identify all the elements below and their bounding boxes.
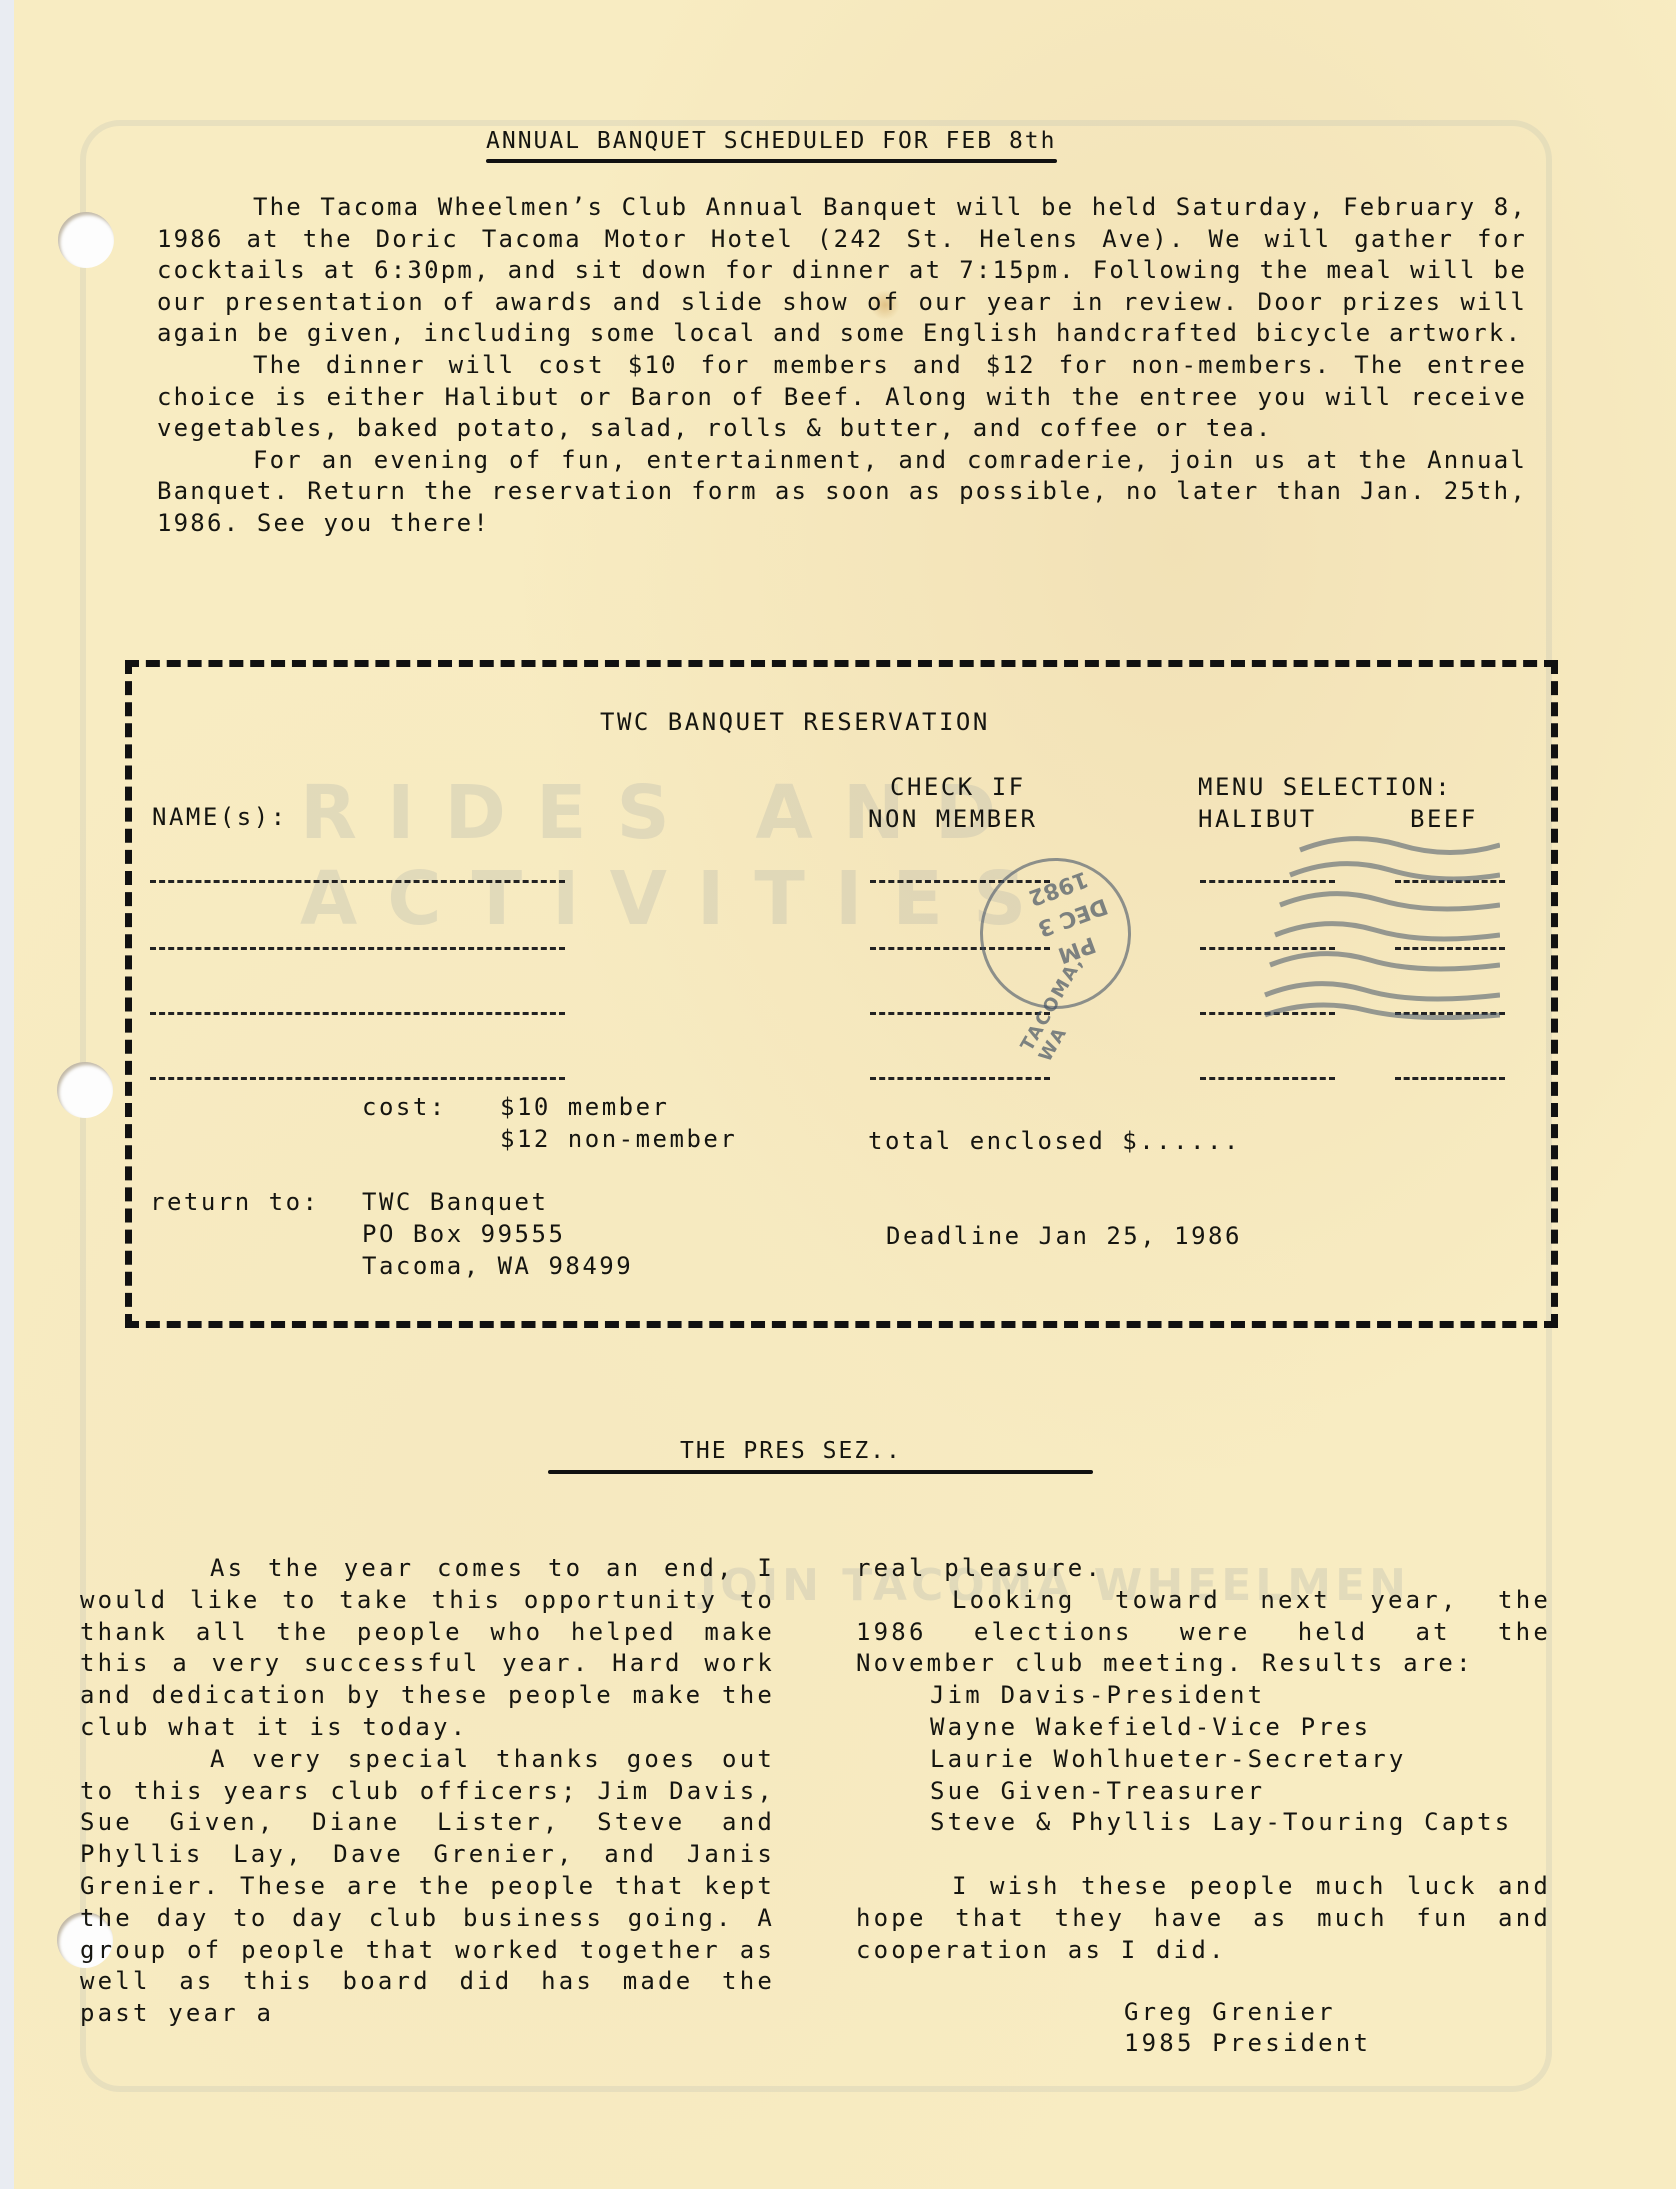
return-address-line: PO Box 99555 — [362, 1220, 565, 1248]
name-entry-line[interactable] — [150, 1077, 565, 1080]
halibut-check-line[interactable] — [1200, 1077, 1335, 1080]
total-enclosed-field[interactable]: total enclosed $...... — [868, 1127, 1241, 1155]
signature-name: Greg Grenier — [856, 1997, 1551, 2029]
pres-sez-right-column: real pleasure. Looking toward next year,… — [856, 1553, 1551, 2060]
return-address-line: Tacoma, WA 98499 — [362, 1252, 633, 1280]
return-address-line: TWC Banquet — [362, 1188, 548, 1216]
banquet-heading-text: ANNUAL BANQUET SCHEDULED FOR FEB 8th — [486, 128, 1057, 154]
beef-label: BEEF — [1410, 805, 1478, 833]
heading-underline — [486, 159, 1057, 163]
punch-hole-middle — [57, 1062, 113, 1118]
punch-hole-top — [58, 212, 114, 268]
cost-label: cost: — [362, 1093, 447, 1121]
beef-check-line[interactable] — [1395, 1077, 1505, 1080]
cost-non-member: $12 non-member — [500, 1125, 737, 1153]
banquet-paragraph: The Tacoma Wheelmen’s Club Annual Banque… — [157, 192, 1527, 350]
pres-sez-paragraph: Looking toward next year, the 1986 elect… — [856, 1585, 1551, 1680]
form-title: TWC BANQUET RESERVATION — [600, 708, 990, 736]
pres-sez-left-column: As the year comes to an end, I would lik… — [80, 1553, 775, 2030]
cost-member: $10 member — [500, 1093, 670, 1121]
pres-sez-closing: I wish these people much luck and hope t… — [856, 1871, 1551, 1966]
officer-list-item: Steve & Phyllis Lay-Touring Capts — [856, 1807, 1551, 1839]
non-member-check-line[interactable] — [870, 1077, 1050, 1080]
pres-sez-underline — [548, 1470, 1093, 1474]
officer-list-item: Sue Given-Treasurer — [856, 1776, 1551, 1808]
names-label: NAME(s): — [152, 803, 288, 831]
banquet-paragraph: The dinner will cost $10 for members and… — [157, 350, 1527, 445]
name-entry-line[interactable] — [150, 880, 565, 883]
non-member-check-line[interactable] — [870, 1012, 1050, 1015]
name-entry-line[interactable] — [150, 947, 565, 950]
pres-sez-paragraph: A very special thanks goes out to this y… — [80, 1744, 775, 2030]
banquet-article: The Tacoma Wheelmen’s Club Annual Banque… — [157, 192, 1527, 540]
non-member-label: NON MEMBER — [868, 805, 1038, 833]
pres-sez-heading-text: THE PRES SEZ.. — [680, 1438, 902, 1464]
deadline: Deadline Jan 25, 1986 — [886, 1222, 1242, 1250]
menu-selection-label: MENU SELECTION: — [1198, 773, 1452, 801]
signature-title: 1985 President — [856, 2028, 1551, 2060]
officer-list-item: Laurie Wohlhueter-Secretary — [856, 1744, 1551, 1776]
halibut-label: HALIBUT — [1198, 805, 1317, 833]
postmark-cancel-waves — [1260, 830, 1500, 1020]
pres-sez-continuation: real pleasure. — [856, 1553, 1551, 1585]
banquet-heading: ANNUAL BANQUET SCHEDULED FOR FEB 8th — [486, 128, 1057, 154]
pres-sez-heading: THE PRES SEZ.. — [680, 1438, 902, 1464]
scanner-edge — [0, 0, 14, 2189]
banquet-paragraph: For an evening of fun, entertainment, an… — [157, 445, 1527, 540]
return-to-label: return to: — [150, 1188, 320, 1216]
name-entry-line[interactable] — [150, 1012, 565, 1015]
officer-list: Jim Davis-President Wayne Wakefield-Vice… — [856, 1680, 1551, 1839]
check-if-label: CHECK IF — [890, 773, 1026, 801]
officer-list-item: Jim Davis-President — [856, 1680, 1551, 1712]
pres-sez-paragraph: As the year comes to an end, I would lik… — [80, 1553, 775, 1744]
officer-list-item: Wayne Wakefield-Vice Pres — [856, 1712, 1551, 1744]
